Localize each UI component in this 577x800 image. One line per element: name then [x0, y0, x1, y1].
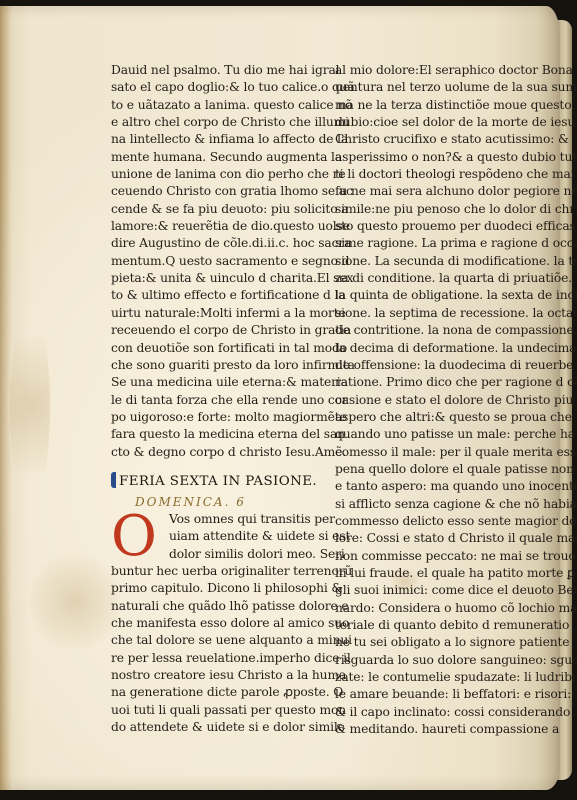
text-line: sione. La secunda di modificatione. la t… [335, 253, 547, 270]
text-line: zate: le contumelie spudazate: li ludrib… [335, 669, 547, 686]
text-line: non commisse peccato: ne mai se trouo [335, 548, 547, 565]
text-line: quando uno patisse un male: perche ha [335, 426, 547, 443]
text-line: simile:ne piu penoso che lo dolor di chr… [335, 201, 547, 218]
text-line: re per lessa reuelatione.imperho dice il [111, 650, 323, 667]
text-line: commesso delicto esso sente magior do [335, 513, 547, 530]
text-line: fara questo la medicina eterna del san [111, 426, 323, 443]
text-line: che manifesta esso dolore al amico suo [111, 615, 323, 632]
text-line: casione e stato el dolore de Christo piu [335, 392, 547, 409]
text-line: nostro creatore iesu Christo a la huma [111, 667, 323, 684]
text-line: po uigoroso:e forte: molto magiormẽte [111, 409, 323, 426]
text-line: al mio dolore:El seraphico doctor Bona [335, 62, 547, 79]
right-text-column: al mio dolore:El seraphico doctor Bonaue… [335, 62, 547, 738]
section-heading: FERIA SEXTA IN PASIONE. [111, 471, 323, 493]
text-line: sato el capo doglio:& lo tuo calice.o qu… [111, 79, 323, 96]
text-line: e altro chel corpo de Christo che illumi [111, 114, 323, 131]
text-line: aspero che altri:& questo se proua che [335, 409, 547, 426]
text-line: Dauid nel psalmo. Tu dio me hai igral [111, 62, 323, 79]
text-line: uentura nel terzo uolume de la sua sum [335, 79, 547, 96]
text-line: dire Augustino de cõle.di.ii.c. hoc sacr… [111, 235, 323, 252]
text-line: to e uãtazato a lanima. questo calice nõ [111, 97, 323, 114]
text-line: za di conditione. la quarta di priuatiõe… [335, 270, 547, 287]
left-column-body-continued: buntur hec uerba originaliter terrenorũp… [111, 563, 323, 736]
text-line: la quinta de obligatione. la sexta de in… [335, 287, 547, 304]
text-line: mente humana. Secundo augmenta la [111, 149, 323, 166]
text-line: la decima di deformatione. la undecima. [335, 340, 547, 357]
drop-cap-initial: O [111, 511, 163, 563]
text-line: asperissimo o non?& a questo dubio tut [335, 149, 547, 166]
text-line: primo capitulo. Dicono li philosophi & [111, 580, 323, 597]
text-line: fu ne mai sera alchuno dolor pegiore ne [335, 183, 547, 200]
text-line: ma ne la terza distinctiõe moue questo [335, 97, 547, 114]
text-line: uiam attendite & uidete si est [169, 528, 323, 545]
text-line: receuendo el corpo de Christo in gratia [111, 322, 323, 339]
text-line: ceuendo Christo con gratia lhomo se ac [111, 183, 323, 200]
text-line: con deuotiõe son fortificati in tal modo [111, 340, 323, 357]
text-line: na lintellecto & infiama lo affecto de l… [111, 131, 323, 148]
text-line: unione de lanima con dio perho che re [111, 166, 323, 183]
text-line: ratione. Primo dico che per ragione d oc [335, 374, 547, 391]
text-line: & il capo inclinato: cossi considerando [335, 704, 547, 721]
text-line: de contritione. la nona de compassione. [335, 322, 547, 339]
text-line: sione. la septima de recessione. la octa… [335, 305, 547, 322]
text-line: uoi tuti li quali passati per questo mon [111, 702, 323, 719]
initial-block: O Vos omnes qui transitis peruiam attend… [111, 511, 323, 563]
text-line: sime ragione. La prima e ragione d occa [335, 235, 547, 252]
text-line: na generatione dicte parole ꝓposte. O [111, 684, 323, 701]
text-line: comesso il male: per il quale merita ess… [335, 444, 547, 461]
right-column-body: al mio dolore:El seraphico doctor Bonaue… [335, 62, 547, 738]
text-line: uirtu naturale:Molti infermi a la morte [111, 305, 323, 322]
text-line: ti li doctori theologi respõdeno che mai [335, 166, 547, 183]
text-line: che sono guariti presto da loro infirmit… [111, 357, 323, 374]
text-line: in lui fraude. el quale ha patito morte … [335, 565, 547, 582]
text-line: e tanto aspero: ma quando uno inocente [335, 478, 547, 495]
paper-stain [10, 306, 50, 506]
text-line: Se una medicina uile eterna:& materia [111, 374, 323, 391]
text-line: ne tu sei obligato a lo signore patiente [335, 634, 547, 651]
text-line: de offensione: la duodecima di reuerbe [335, 357, 547, 374]
heading-text: FERIA SEXTA IN PASIONE. [119, 474, 317, 489]
text-line: do attendete & uidete si e dolor simile [111, 719, 323, 736]
text-line: Vos omnes qui transitis per [169, 511, 323, 528]
left-text-column: Dauid nel psalmo. Tu dio me hai igralsat… [111, 62, 323, 736]
text-line: to & ultimo effecto e fortificatione d l… [111, 287, 323, 304]
text-line: naturali che quãdo lhõ patisse dolore e [111, 598, 323, 615]
text-line: lamore:& reuerẽtia de dio.questo uolse [111, 218, 323, 235]
paper-stain [30, 546, 120, 656]
text-line: Christo crucifixo e stato acutissimo: & [335, 131, 547, 148]
left-column-body: Dauid nel psalmo. Tu dio me hai igralsat… [111, 62, 323, 461]
text-line: pena quello dolore el quale patisse non [335, 461, 547, 478]
text-line: lore: Cossi e stato d Christo il quale m… [335, 530, 547, 547]
text-line: pieta:& unita & uinculo d charita.El sex [111, 270, 323, 287]
text-line: sto questo prouemo per duodeci efficas [335, 218, 547, 235]
text-line: teriale di quanto debito d remuneratio [335, 617, 547, 634]
text-line: risguarda lo suo dolore sanguineo: sguan [335, 652, 547, 669]
text-line: & meditando. haureti compassione a [335, 721, 547, 738]
text-line: cende & se fa piu deuoto: piu solicito a [111, 201, 323, 218]
paragraph-mark-icon [111, 472, 116, 488]
text-line: dolor similis dolori meo. Seri [169, 546, 323, 563]
text-line: si afflicto senza cagione & che nõ habia [335, 496, 547, 513]
text-line: mentum.Q uesto sacramento e segno d [111, 253, 323, 270]
text-line: che tal dolore se uene alquanto a minui [111, 632, 323, 649]
text-line: dubio:cioe sel dolor de la morte de iesu [335, 114, 547, 131]
text-line: nardo: Considera o huomo cõ lochio ma [335, 600, 547, 617]
text-line: le amare beuande: li beffatori: e risori… [335, 686, 547, 703]
text-line: le di tanta forza che ella rende uno cor [111, 392, 323, 409]
text-line: cto & degno corpo d christo Iesu.Amẽ. [111, 444, 323, 461]
text-line: gli suoi inimici: come dice el deuoto Be… [335, 582, 547, 599]
